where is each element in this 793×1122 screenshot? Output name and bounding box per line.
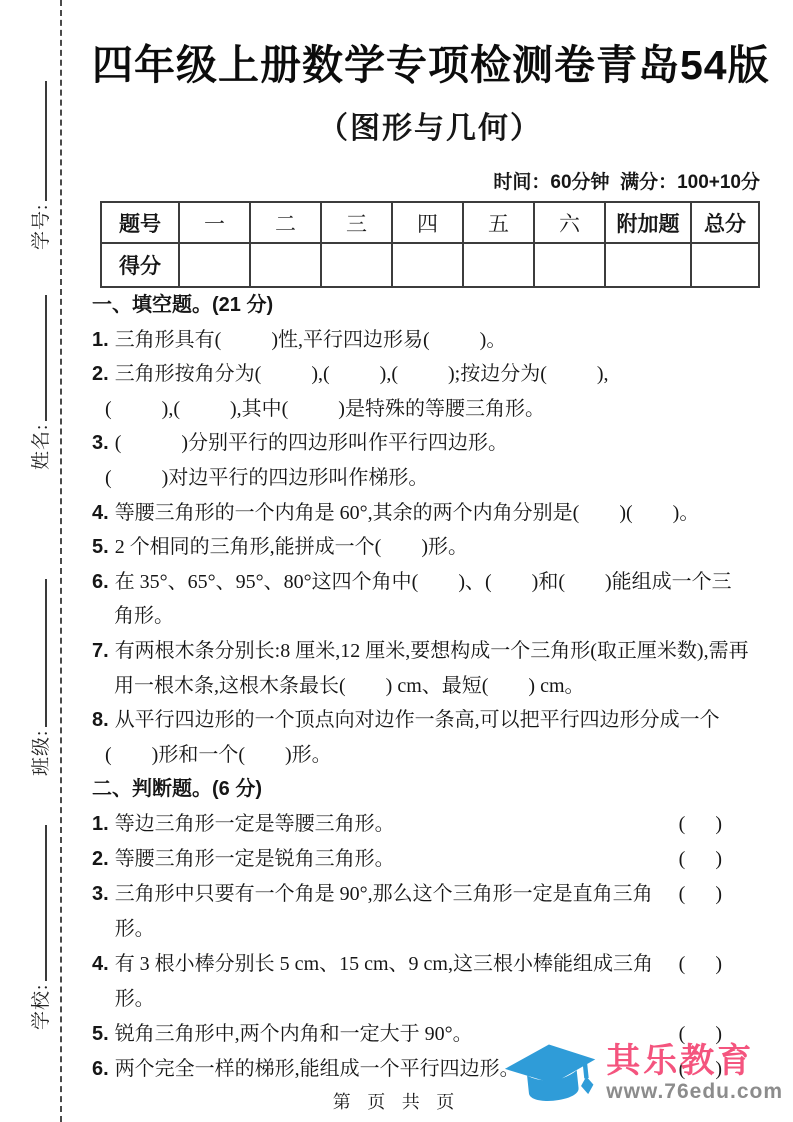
seal-dashed-line (60, 0, 62, 1122)
student-name-field: 姓名: (26, 295, 53, 470)
student-id-blank[interactable] (40, 81, 47, 201)
question-text: 三角形具有( )性,平行四边形易( )。 (115, 329, 507, 351)
score-table-cell: 二 (250, 202, 321, 243)
logo-website-url[interactable]: www.76edu.com (606, 1080, 783, 1104)
question-number: 8. (92, 709, 115, 731)
score-table-cell: 六 (534, 202, 605, 243)
score-row-label: 得分 (101, 243, 179, 287)
judge-question-4: 4.有 3 根小棒分别长 5 cm、15 cm、9 cm,这三根小棒能组成三角形… (92, 947, 768, 1017)
score-cell[interactable] (463, 243, 534, 287)
logo-brand-name: 其乐教育 (606, 1042, 783, 1080)
school-blank[interactable] (40, 825, 47, 981)
qile-education-logo: 其乐教育 www.76edu.com (502, 1032, 783, 1114)
answer-bracket[interactable]: ( ) (679, 842, 768, 877)
score-cell[interactable] (534, 243, 605, 287)
score-cell[interactable] (321, 243, 392, 287)
question-text: 等腰三角形的一个内角是 60°,其余的两个内角分别是( )( )。 (115, 502, 700, 524)
score-table-cell: 一 (179, 202, 250, 243)
score-table-cell: 五 (463, 202, 534, 243)
score-cell[interactable] (392, 243, 463, 287)
school-label: 学校: (31, 984, 52, 1030)
question-text: 等腰三角形一定是锐角三角形。 (115, 842, 395, 877)
answer-bracket[interactable]: ( ) (679, 807, 768, 842)
score-table-header-row: 题号 一 二 三 四 五 六 附加题 总分 (101, 202, 759, 243)
score-table-cell-label: 题号 (101, 202, 179, 243)
answer-bracket[interactable]: ( ) (679, 877, 768, 947)
question-text: 从平行四边形的一个顶点向对边作一条高,可以把平行四边形分成一个 (115, 709, 720, 731)
question-number: 6. (92, 1052, 115, 1087)
question-text: 角形。 (114, 605, 174, 627)
fill-question-1: 1.三角形具有( )性,平行四边形易( )。 (92, 323, 768, 358)
questions-area: 一、填空题。(21 分) 1.三角形具有( )性,平行四边形易( )。 2.三角… (92, 288, 768, 1087)
question-number: 1. (92, 807, 115, 842)
fill-question-3: 3.( )分别平行的四边形叫作平行四边形。 ( )对边平行的四边形叫作梯形。 (92, 426, 768, 495)
question-number: 3. (92, 877, 115, 947)
question-number: 2. (92, 842, 115, 877)
student-id-field: 学号: (26, 81, 53, 250)
fill-question-5: 5.2 个相同的三角形,能拼成一个( )形。 (92, 530, 768, 565)
question-text: 在 35°、65°、95°、80°这四个角中( )、( )和( )能组成一个三 (115, 571, 732, 593)
question-text: 2 个相同的三角形,能拼成一个( )形。 (115, 536, 468, 558)
question-text: ( )对边平行的四边形叫作梯形。 (105, 467, 428, 489)
answer-bracket[interactable]: ( ) (679, 947, 768, 1017)
question-number: 1. (92, 329, 115, 351)
score-cell[interactable] (691, 243, 759, 287)
question-text: 两个完全一样的梯形,能组成一个平行四边形。 (115, 1052, 520, 1087)
question-text: ( ),( ),其中( )是特殊的等腰三角形。 (105, 398, 545, 420)
question-number: 3. (92, 432, 115, 454)
fill-question-7: 7.有两根木条分别长:8 厘米,12 厘米,要想构成一个三角形(取正厘米数),需… (92, 634, 768, 703)
judge-question-3: 3.三角形中只要有一个角是 90°,那么这个三角形一定是直角三角形。 ( ) (92, 877, 768, 947)
score-table-cell-total: 总分 (691, 202, 759, 243)
score-cell[interactable] (179, 243, 250, 287)
question-number: 7. (92, 640, 115, 662)
question-text: 用一根木条,这根木条最长( ) cm、最短( ) cm。 (114, 675, 585, 697)
question-number: 4. (92, 947, 115, 1017)
score-table-cell: 三 (321, 202, 392, 243)
class-label: 班级: (31, 730, 52, 776)
fill-question-4: 4.等腰三角形的一个内角是 60°,其余的两个内角分别是( )( )。 (92, 496, 768, 531)
judge-question-1: 1.等边三角形一定是等腰三角形。 ( ) (92, 807, 768, 842)
score-table: 题号 一 二 三 四 五 六 附加题 总分 得分 (100, 201, 760, 288)
logo-text: 其乐教育 www.76edu.com (606, 1042, 783, 1104)
class-field: 班级: (26, 579, 53, 776)
question-text: 三角形按角分为( ),( ),( );按边分为( ), (115, 363, 609, 385)
fill-question-2: 2.三角形按角分为( ),( ),( );按边分为( ), ( ),( ),其中… (92, 357, 768, 426)
student-name-blank[interactable] (40, 295, 47, 421)
judge-question-2: 2.等腰三角形一定是锐角三角形。 ( ) (92, 842, 768, 877)
page-subtitle: （图形与几何） (92, 103, 768, 147)
question-text: 三角形中只要有一个角是 90°,那么这个三角形一定是直角三角形。 (115, 877, 679, 947)
class-blank[interactable] (40, 579, 47, 727)
question-text: ( )形和一个( )形。 (105, 744, 332, 766)
question-number: 4. (92, 502, 115, 524)
score-table-score-row: 得分 (101, 243, 759, 287)
score-table-cell: 四 (392, 202, 463, 243)
student-name-label: 姓名: (31, 424, 52, 470)
question-number: 2. (92, 363, 115, 385)
graduation-cap-icon (498, 1027, 604, 1119)
exam-paper-page: 学号: 姓名: 班级: 学校: 四年级上册数学专项检测卷青岛54版 （图形与几何… (0, 0, 793, 1122)
student-id-label: 学号: (31, 204, 52, 250)
school-field: 学校: (26, 825, 53, 1030)
section-heading-judge: 二、判断题。(6 分) (92, 772, 768, 807)
question-number: 6. (92, 571, 115, 593)
question-text: 有两根木条分别长:8 厘米,12 厘米,要想构成一个三角形(取正厘米数),需再 (115, 640, 749, 662)
question-text: 锐角三角形中,两个内角和一定大于 90°。 (115, 1017, 473, 1052)
page-title: 四年级上册数学专项检测卷青岛54版 (92, 32, 768, 91)
question-text: ( )分别平行的四边形叫作平行四边形。 (115, 432, 508, 454)
fill-question-8: 8.从平行四边形的一个顶点向对边作一条高,可以把平行四边形分成一个 ( )形和一… (92, 703, 768, 772)
score-table-cell-extra: 附加题 (605, 202, 691, 243)
question-number: 5. (92, 536, 115, 558)
section-heading-fill: 一、填空题。(21 分) (92, 288, 768, 323)
question-number: 5. (92, 1017, 115, 1052)
exam-meta: 时间：60分钟 满分：100+10分 (493, 167, 760, 194)
fill-question-6: 6.在 35°、65°、95°、80°这四个角中( )、( )和( )能组成一个… (92, 565, 768, 634)
score-cell[interactable] (250, 243, 321, 287)
question-text: 有 3 根小棒分别长 5 cm、15 cm、9 cm,这三根小棒能组成三角形。 (115, 947, 679, 1017)
question-text: 等边三角形一定是等腰三角形。 (115, 807, 395, 842)
score-cell[interactable] (605, 243, 691, 287)
